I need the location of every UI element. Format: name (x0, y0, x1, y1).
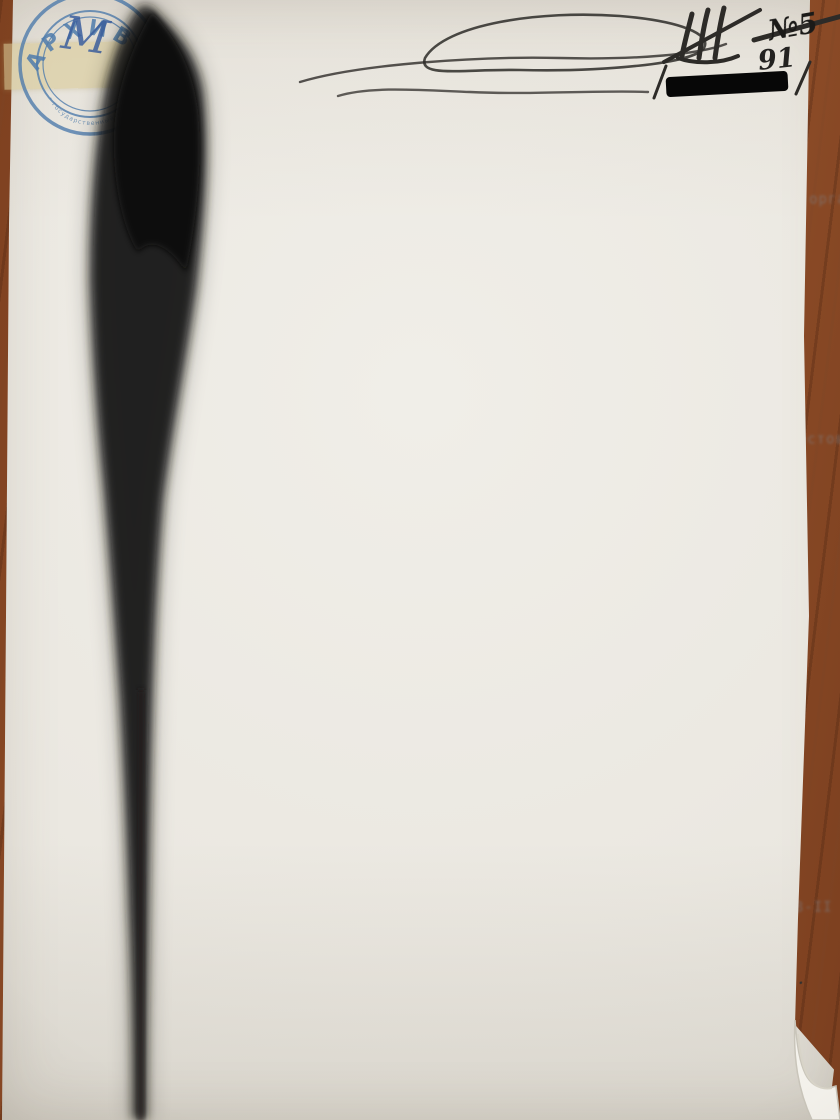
photographed-document: { "colors":{"wood":"#8f4c27","paper":"#e… (0, 0, 840, 1120)
handwritten-folio-number: 91 (756, 42, 797, 77)
paper-sheet (0, 0, 840, 1120)
stamp-handwritten-mark: М (58, 5, 112, 65)
